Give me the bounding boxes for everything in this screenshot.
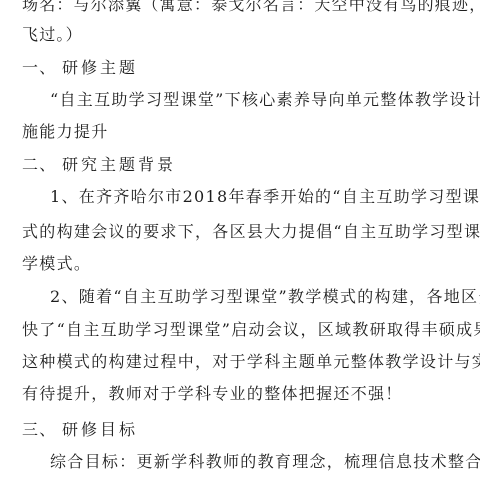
intro-line-2: 飞过。） (22, 25, 452, 45)
paragraph-line: 2、随着“自主互助学习型课堂”教学模式的构建，各地区分别加 (50, 287, 480, 307)
section-title: 研究主题背景 (62, 155, 176, 174)
paragraph-line: 1、在齐齐哈尔市2018年春季开始的“自主互助学习型课堂”模 (50, 187, 480, 207)
paragraph-line: “自主互助学习型课堂”下核心素养导向单元整体教学设计与实 (50, 90, 480, 110)
paragraph-line: 这种模式的构建过程中，对于学科主题单元整体教学设计与实施能力 (22, 352, 452, 372)
section-number: 三、 (22, 420, 62, 440)
paragraph-line: 快了“自主互助学习型课堂”启动会议，区域教研取得丰硕成果。在 (22, 320, 452, 340)
paragraph-line: 有待提升，教师对于学科专业的整体把握还不强！ (22, 384, 452, 404)
section-number: 二、 (22, 155, 62, 175)
section-heading-2: 二、研究主题背景 (22, 155, 452, 175)
paragraph-line: 式的构建会议的要求下，各区县大力提倡“自主互助学习型课堂”教 (22, 222, 452, 242)
section-number: 一、 (22, 58, 62, 78)
paragraph-line: 学模式。 (22, 254, 452, 274)
paragraph-line: 综合目标：更新学科教师的教育理念，梳理信息技术整合与课堂 (50, 452, 480, 472)
intro-line-1: 场名：与尔添翼（寓意：泰戈尔名言：天空中没有鸟的痕迹，但我已 (22, 0, 452, 15)
section-heading-1: 一、研修主题 (22, 58, 452, 78)
section-title: 研修目标 (62, 420, 138, 439)
section-heading-3: 三、研修目标 (22, 420, 452, 440)
section-title: 研修主题 (62, 58, 138, 77)
paragraph-line: 施能力提升 (22, 122, 452, 142)
